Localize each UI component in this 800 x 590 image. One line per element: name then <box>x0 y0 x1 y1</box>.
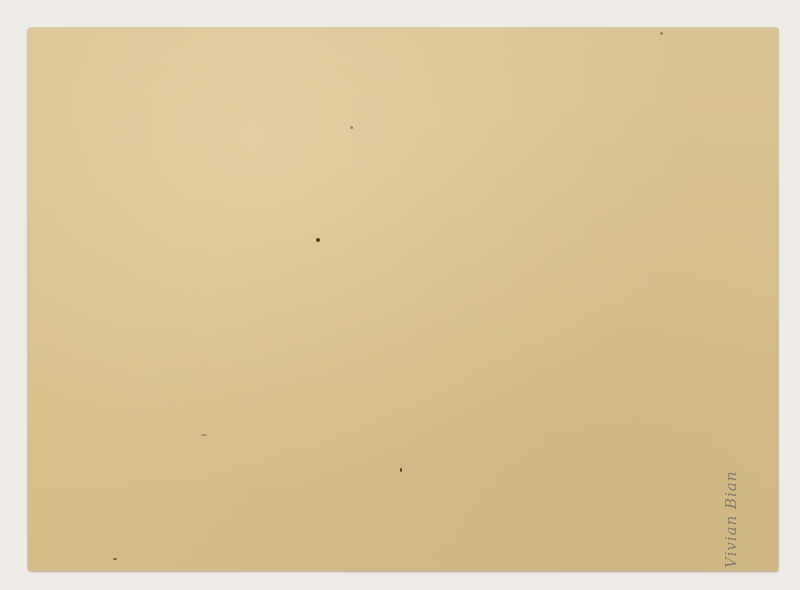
speck <box>201 434 207 436</box>
speck <box>660 32 663 35</box>
speck <box>316 238 320 242</box>
paper-card <box>28 28 778 571</box>
speck <box>113 558 117 560</box>
speck <box>400 468 402 472</box>
pencil-signature: Vivian Bian <box>722 408 762 568</box>
speck <box>350 126 353 129</box>
